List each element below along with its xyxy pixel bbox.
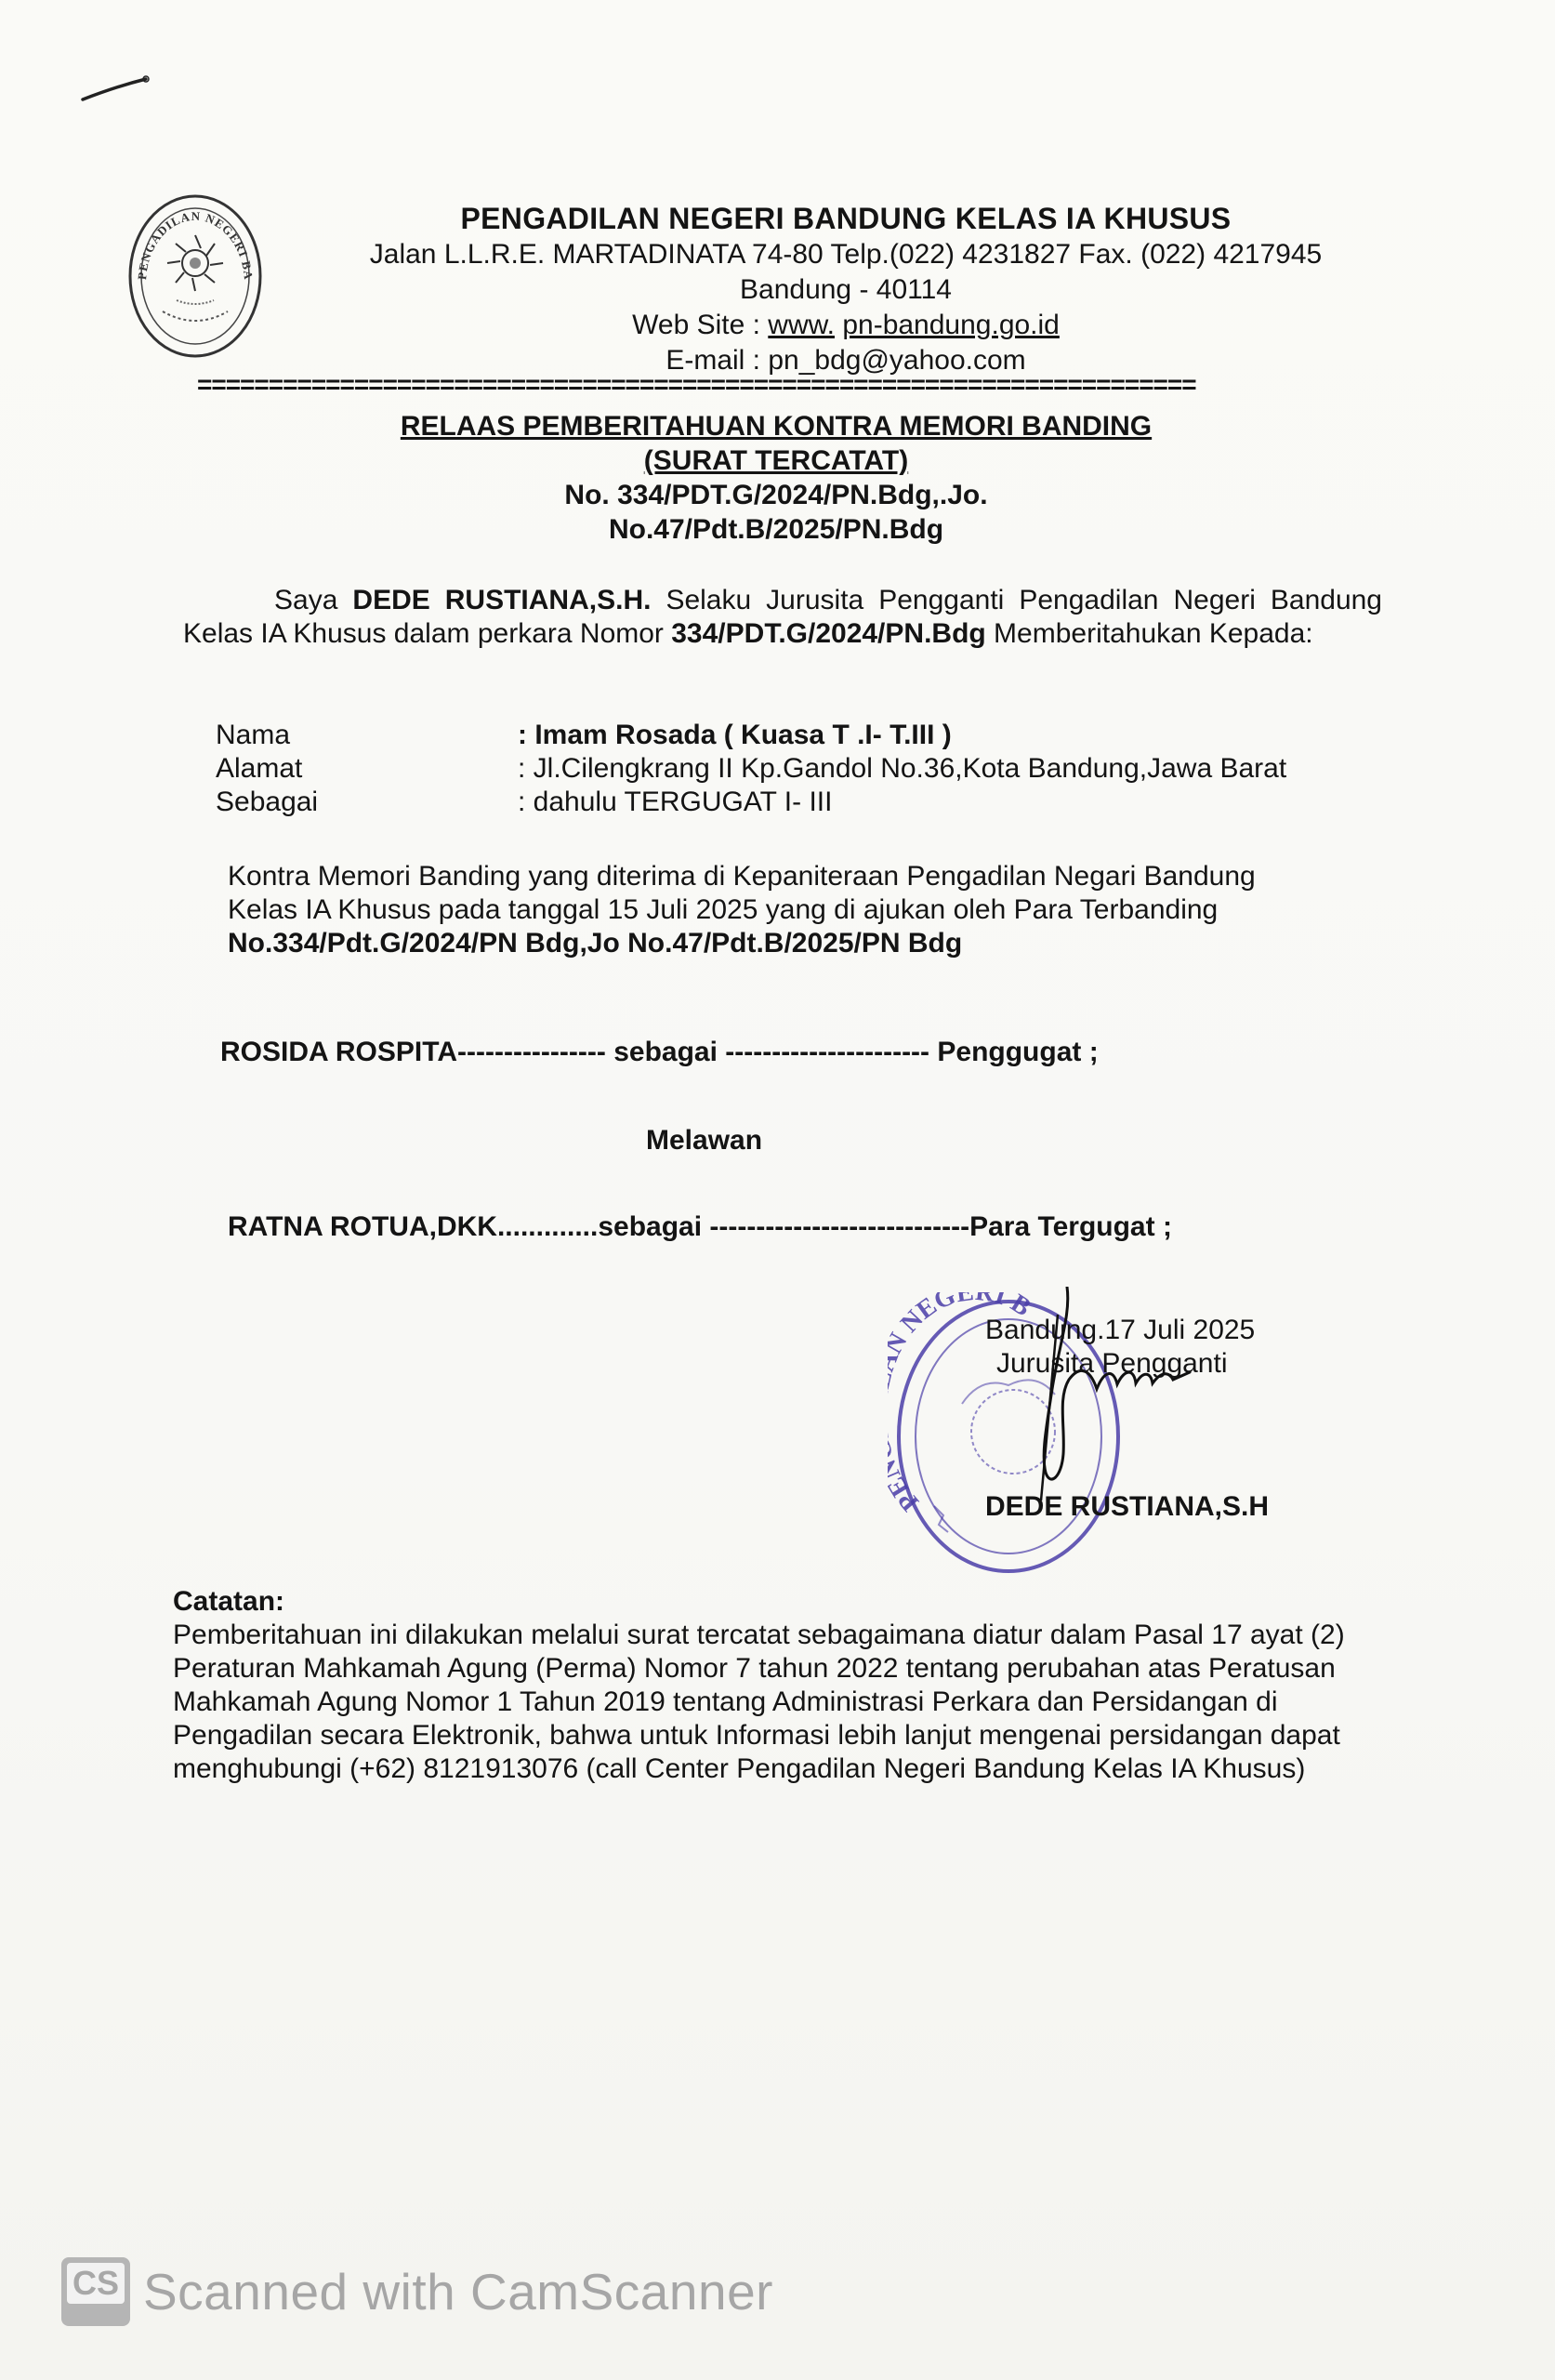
note-body: Pemberitahuan ini dilakukan melalui sura… [173,1619,1409,1786]
label-nama: Nama [216,719,518,752]
plaintiff-line: ROSIDA ROSPITA---------------- sebagai -… [220,1037,1099,1068]
defendant-line: RATNA ROTUA,DKK.............sebagai ----… [228,1211,1172,1243]
website-link[interactable]: pn-bandung.go.id [842,310,1060,340]
recipient-details: Nama : Imam Rosada ( Kuasa T .I- T.III )… [216,719,1286,819]
intro-text-2: Memberitahukan Kepada: [986,618,1313,649]
court-address: Jalan L.L.R.E. MARTADINATA 74-80 Telp.(0… [279,237,1413,272]
intro-saya: Saya [274,585,337,615]
court-city: Bandung - 40114 [279,272,1413,308]
kontra-memori-paragraph: Kontra Memori Banding yang diterima di K… [228,860,1297,960]
pen-mark-icon [79,70,153,107]
watermark-text: Scanned with CamScanner [143,2262,773,2321]
note-title: Catatan: [173,1585,1409,1619]
intro-case-number: 334/PDT.G/2024/PN.Bdg [671,618,985,649]
title-sub: (SURAT TERCATAT) [279,443,1273,478]
value-sebagai: : dahulu TERGUGAT I- III [518,786,832,819]
recipient-row-sebagai: Sebagai : dahulu TERGUGAT I- III [216,786,1286,819]
note-section: Catatan: Pemberitahuan ini dilakukan mel… [173,1585,1409,1786]
website-label: Web Site : [632,310,768,340]
letterhead-separator: ========================================… [197,375,1370,395]
court-website: Web Site : www. pn-bandung.go.id [279,308,1413,343]
title-main: RELAAS PEMBERITAHUAN KONTRA MEMORI BANDI… [279,409,1273,443]
court-name: PENGADILAN NEGERI BANDUNG KELAS IA KHUSU… [279,200,1413,237]
website-prefix: www. [768,310,835,340]
handwritten-signature-icon [1004,1287,1245,1501]
officer-name: DEDE RUSTIANA,S.H. [352,585,651,615]
kontra-text: Kontra Memori Banding yang diterima di K… [228,861,1256,925]
label-sebagai: Sebagai [216,786,518,819]
recipient-row-nama: Nama : Imam Rosada ( Kuasa T .I- T.III ) [216,719,1286,752]
intro-paragraph: Saya DEDE RUSTIANA,S.H. Selaku Jurusita … [183,584,1382,651]
court-email: E-mail : pn_bdg@yahoo.com [279,343,1413,378]
court-logo-icon: PENGADILAN NEGERI BANDUNG [125,191,265,358]
document-title: RELAAS PEMBERITAHUAN KONTRA MEMORI BANDI… [279,409,1273,547]
versus-label: Melawan [646,1125,762,1157]
scanned-page: PENGADILAN NEGERI BANDUNG PENGADILAN NEG… [0,0,1555,2380]
case-number-2: No.47/Pdt.B/2025/PN.Bdg [279,512,1273,547]
camscanner-watermark: CS Scanned with CamScanner [61,2257,773,2326]
recipient-row-alamat: Alamat : Jl.Cilengkrang II Kp.Gandol No.… [216,752,1286,786]
sign-name: DEDE RUSTIANA,S.H [985,1491,1269,1523]
label-alamat: Alamat [216,752,518,786]
value-nama: : Imam Rosada ( Kuasa T .I- T.III ) [518,719,952,752]
letterhead: PENGADILAN NEGERI BANDUNG KELAS IA KHUSU… [279,200,1413,378]
value-alamat: : Jl.Cilengkrang II Kp.Gandol No.36,Kota… [518,752,1286,786]
camscanner-logo-icon: CS [61,2257,130,2326]
case-number-1: No. 334/PDT.G/2024/PN.Bdg,.Jo. [279,478,1273,512]
svg-text:PENGADILAN NEGERI BANDUNG: PENGADILAN NEGERI BANDUNG [125,191,256,281]
kontra-case-ref: No.334/Pdt.G/2024/PN Bdg,Jo No.47/Pdt.B/… [228,928,962,959]
